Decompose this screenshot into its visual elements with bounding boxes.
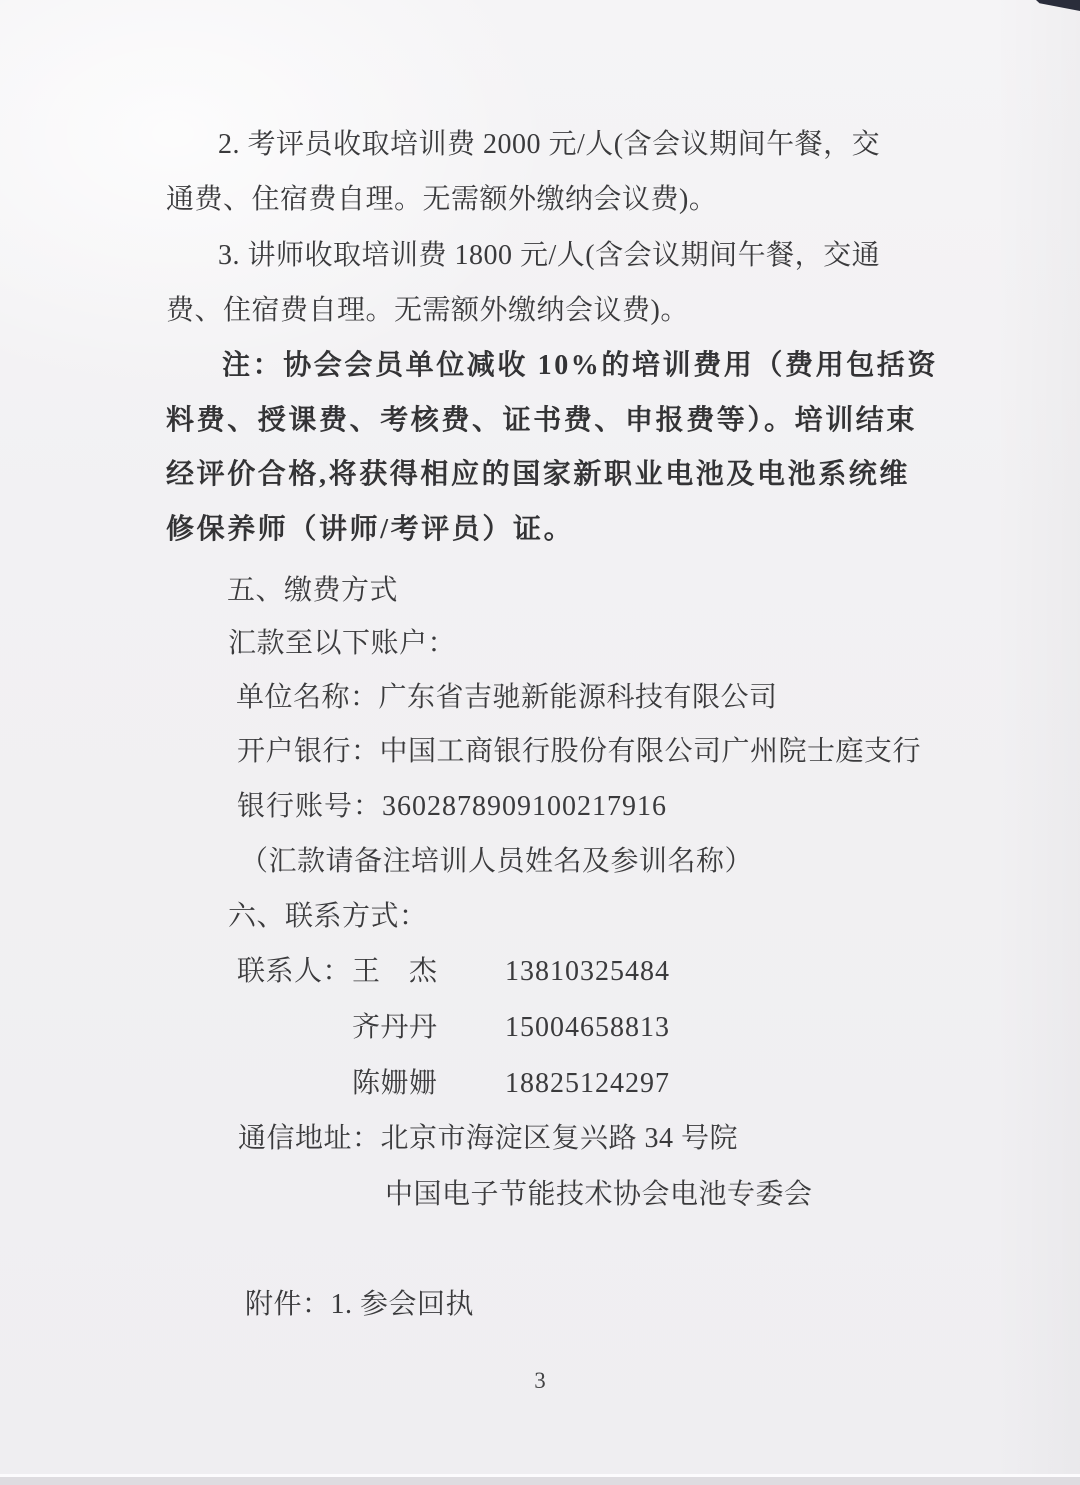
note-line-1: 注：协会会员单位减收 10%的培训费用（费用包括资	[222, 349, 938, 383]
account-number-line: 银行账号：3602878909100217916	[237, 790, 667, 824]
fee-item-2-line-1: 2. 考评员收取培训费 2000 元/人(含会议期间午餐，交	[218, 128, 880, 162]
section-6-title: 六、联系方式：	[228, 900, 428, 934]
fee-item-3-line-1: 3. 讲师收取培训费 1800 元/人(含会议期间午餐，交通	[218, 239, 880, 273]
address-line-2: 中国电子节能技术协会电池专委会	[385, 1178, 813, 1212]
bank-name-line: 开户银行：中国工商银行股份有限公司广州院士庭支行	[237, 735, 921, 769]
address-line-1: 通信地址：北京市海淀区复兴路 34 号院	[238, 1122, 738, 1156]
page-number: 3	[0, 1368, 1080, 1394]
note-line-3: 经评价合格,将获得相应的国家新职业电池及电池系统维	[166, 458, 910, 492]
scan-bottom-edge	[0, 1477, 1080, 1485]
note-line-2: 料费、授课费、考核费、证书费、申报费等）。培训结束	[166, 404, 917, 438]
scanned-document-page: 2. 考评员收取培训费 2000 元/人(含会议期间午餐，交 通费、住宿费自理。…	[0, 0, 1080, 1485]
contact-name: 陈姗姗	[352, 1067, 438, 1101]
account-name-line: 单位名称：广东省吉驰新能源科技有限公司	[236, 681, 778, 715]
attachment-line: 附件：1. 参会回执	[245, 1288, 474, 1322]
contact-phone: 18825124297	[505, 1067, 670, 1101]
contact-name: 齐丹丹	[352, 1011, 438, 1045]
contact-phone: 15004658813	[505, 1011, 670, 1045]
scan-corner-artifact	[1036, 0, 1080, 11]
remit-intro: 汇款至以下账户：	[228, 627, 456, 661]
note-line-4: 修保养师（讲师/考评员）证。	[166, 513, 574, 547]
fee-item-2-line-2: 通费、住宿费自理。无需额外缴纳会议费)。	[166, 183, 717, 217]
section-5-title: 五、缴费方式	[227, 574, 398, 608]
remit-note-line: （汇款请备注培训人员姓名及参训名称）	[240, 845, 753, 879]
fee-item-3-line-2: 费、住宿费自理。无需额外缴纳会议费)。	[166, 294, 689, 328]
contact-label: 联系人：	[237, 955, 351, 989]
contact-name: 王 杰	[352, 955, 438, 989]
contact-phone: 13810325484	[505, 955, 670, 989]
